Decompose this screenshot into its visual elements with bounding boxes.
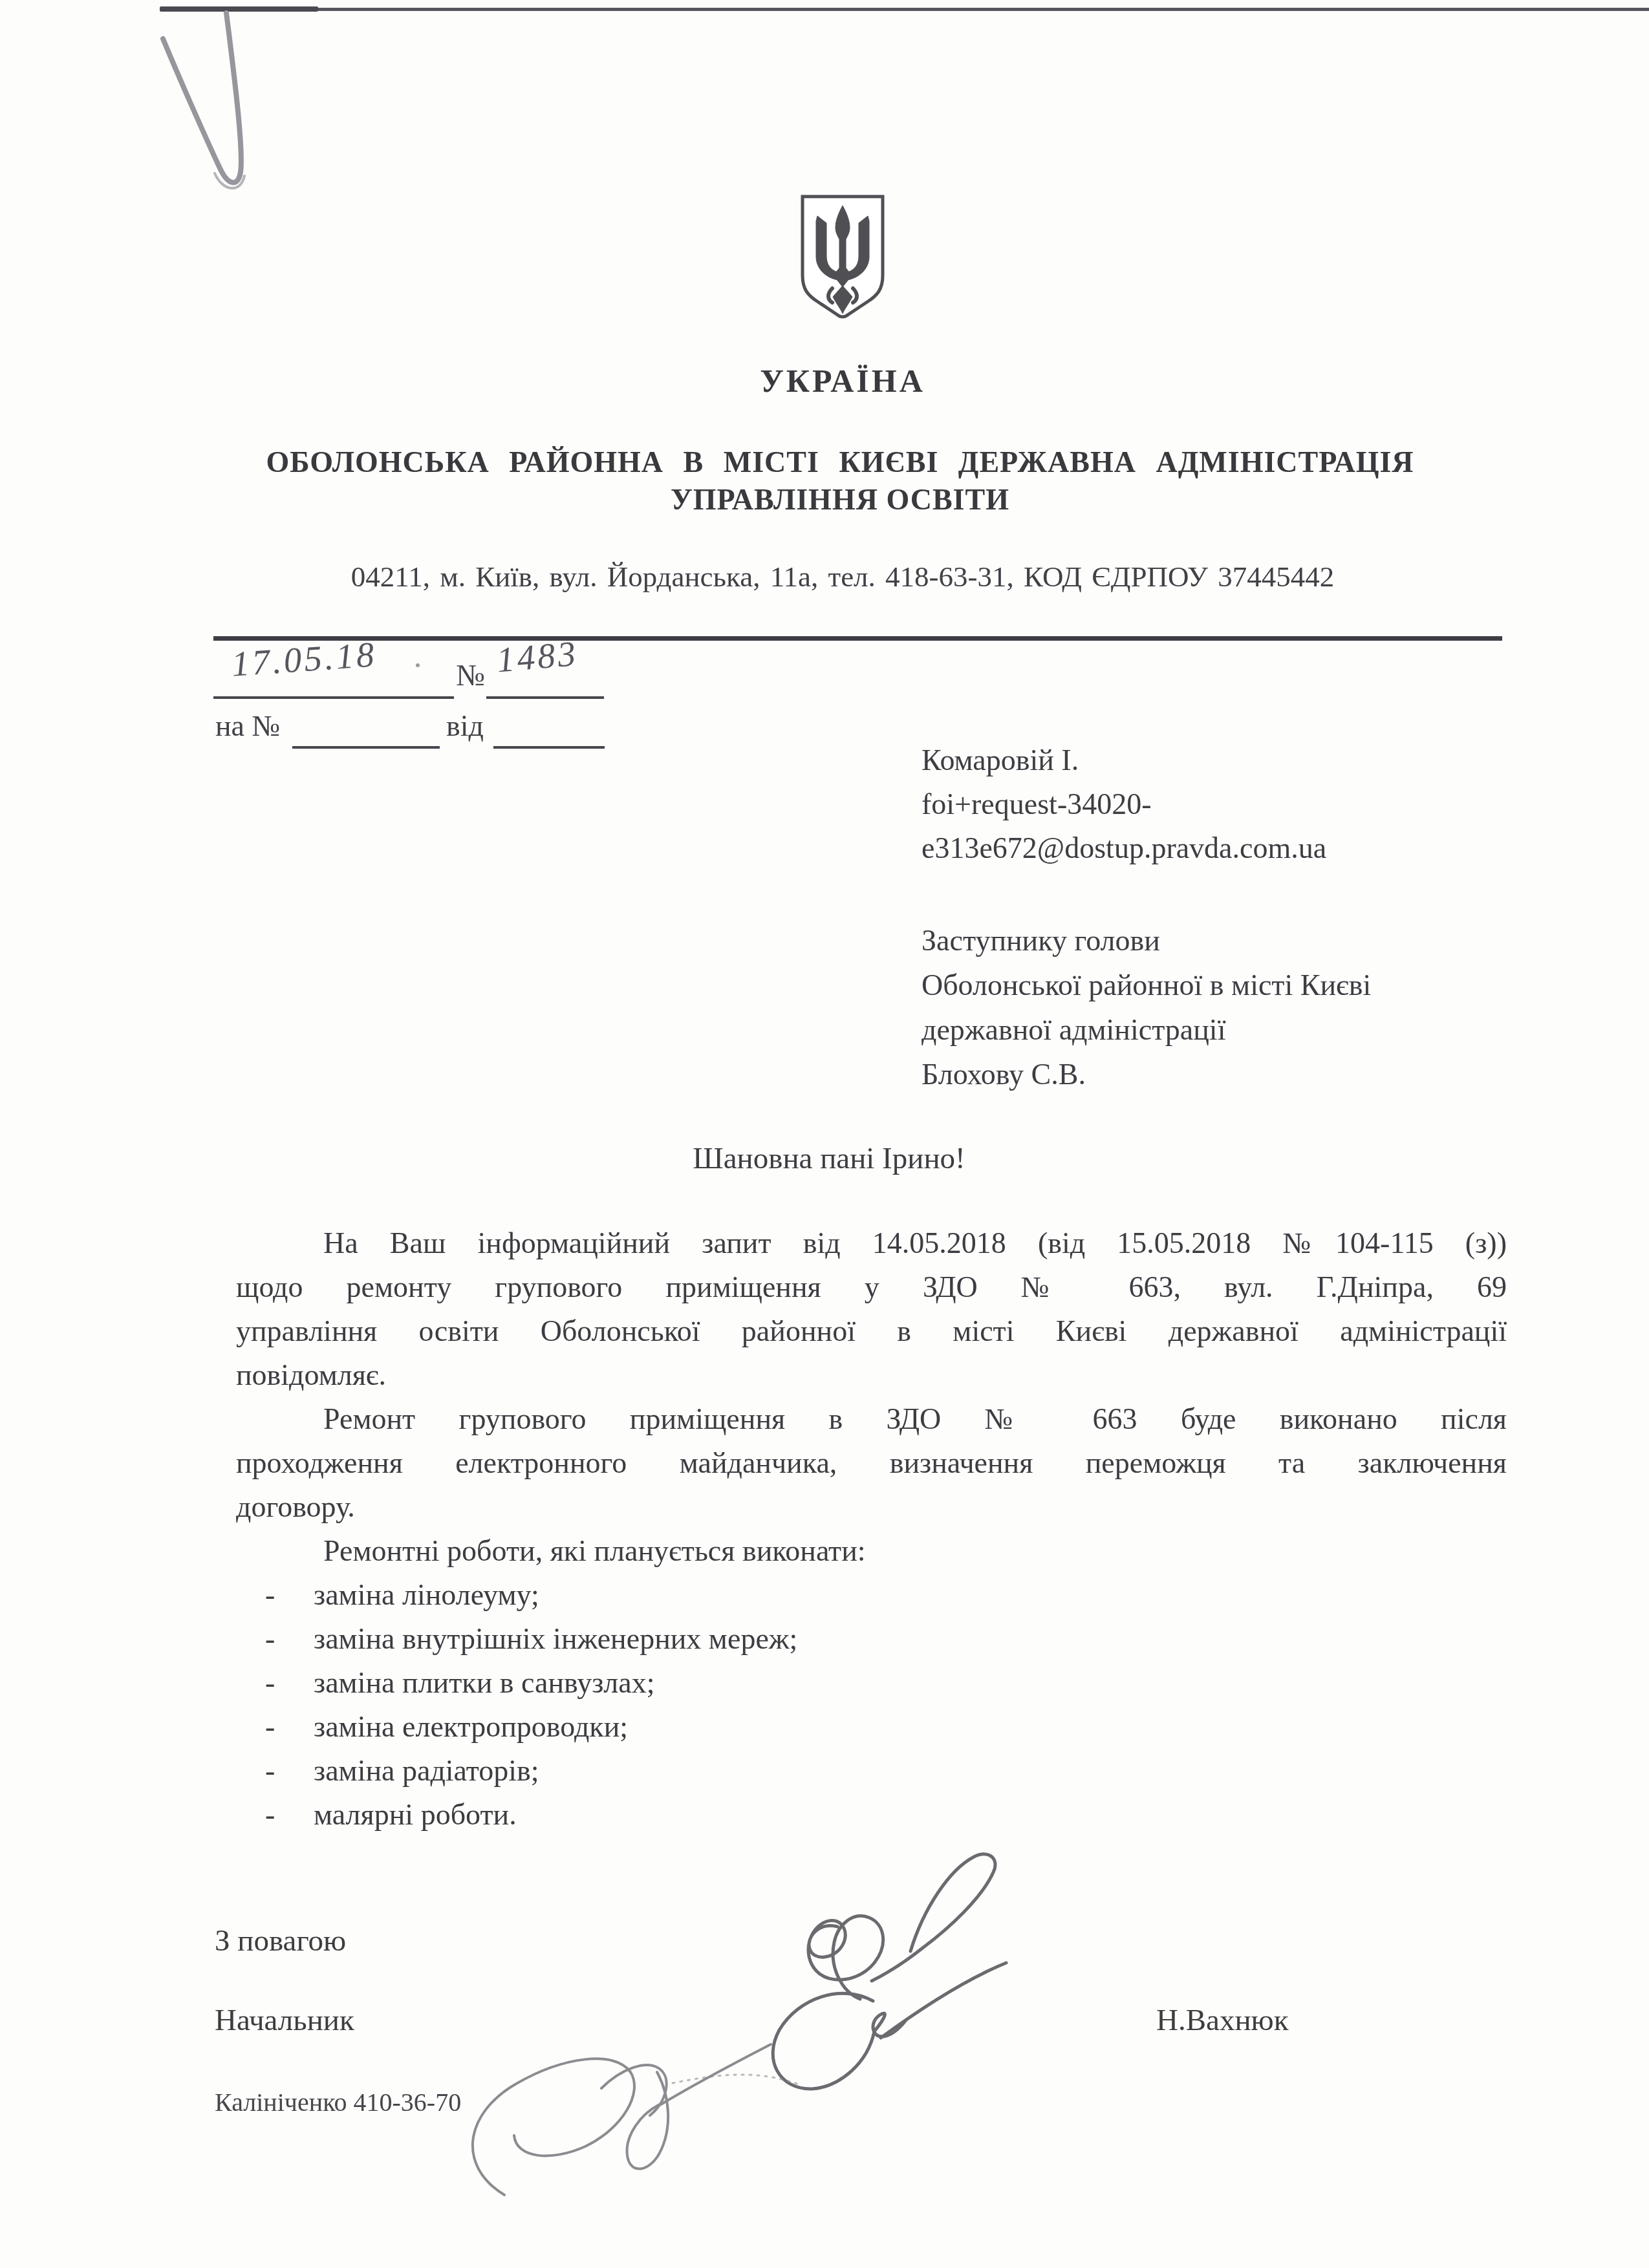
body-line: повідомляє. <box>236 1353 1507 1397</box>
works-list-item: -заміна лінолеуму; <box>236 1573 1507 1617</box>
signer-name: Н.Вахнюк <box>1156 2003 1289 2038</box>
signer-title: Начальник <box>215 2003 354 2038</box>
recipient-line: e313e672@dostup.pravda.com.ua <box>921 826 1326 870</box>
recipient-line: foi+request-34020- <box>921 782 1326 826</box>
addressee-line: Блохову С.В. <box>921 1052 1371 1097</box>
header-divider-rule <box>213 636 1502 641</box>
body-line: управління освіти Оболонської районної в… <box>236 1309 1507 1353</box>
signature-secondary <box>473 2044 802 2195</box>
closing-phrase: З повагою <box>215 1923 346 1958</box>
number-sign-label: № <box>456 658 485 693</box>
handwritten-outgoing-number: 1483 <box>495 633 579 681</box>
executor-contact-line: Калініченко 410-36-70 <box>215 2087 461 2117</box>
list-dash: - <box>265 1793 314 1837</box>
reply-number-underline <box>292 746 440 749</box>
scan-edge-line <box>160 8 1649 11</box>
paragraph-2: Ремонт групового приміщення в ЗДО № 663 … <box>236 1397 1507 1529</box>
letter-body: На Ваш інформаційний запит від 14.05.201… <box>236 1221 1507 1837</box>
reply-date-underline <box>493 746 605 749</box>
list-item-text: заміна радіаторів; <box>314 1754 539 1787</box>
paperclip-mark <box>163 13 244 188</box>
list-item-text: заміна внутрішніх інженерних мереж; <box>314 1622 797 1655</box>
country-title: УКРАЇНА <box>0 362 1649 400</box>
body-line: щодо ремонту групового приміщення у ЗДО … <box>236 1265 1507 1309</box>
reply-to-number-label: на № <box>215 709 280 743</box>
organization-name: ОБОЛОНСЬКА РАЙОННА В МІСТІ КИЄВІ ДЕРЖАВН… <box>0 444 1649 519</box>
addressee-line: Оболонської районної в місті Києві <box>921 963 1371 1007</box>
signature-main <box>773 1854 1006 2089</box>
organization-name-line2: УПРАВЛІННЯ ОСВІТИ <box>31 481 1649 519</box>
number-underline <box>486 696 604 699</box>
scan-speck <box>416 663 420 667</box>
salutation: Шановна пані Ірино! <box>0 1141 1649 1176</box>
works-list-item: -заміна електропроводки; <box>236 1705 1507 1749</box>
body-line: Ремонтні роботи, які планується виконати… <box>236 1529 1507 1573</box>
list-item-text: заміна лінолеуму; <box>314 1578 539 1611</box>
works-list-item: -заміна внутрішніх інженерних мереж; <box>236 1617 1507 1661</box>
works-intro: Ремонтні роботи, які планується виконати… <box>236 1529 1507 1573</box>
organization-name-line1: ОБОЛОНСЬКА РАЙОННА В МІСТІ КИЄВІ ДЕРЖАВН… <box>31 444 1649 481</box>
date-underline <box>213 696 454 699</box>
addressee-block: Заступнику головиОболонської районної в … <box>921 918 1371 1097</box>
list-dash: - <box>265 1661 314 1705</box>
list-dash: - <box>265 1705 314 1749</box>
handwritten-date: 17.05.18 <box>230 634 378 685</box>
list-dash: - <box>265 1749 314 1793</box>
list-item-text: заміна електропроводки; <box>314 1710 628 1743</box>
list-item-text: малярні роботи. <box>314 1798 517 1831</box>
list-item-text: заміна плитки в санвузлах; <box>314 1666 654 1699</box>
works-list-item: -малярні роботи. <box>236 1793 1507 1837</box>
scan-edge-line-dark-segment <box>160 6 318 12</box>
paragraph-1: На Ваш інформаційний запит від 14.05.201… <box>236 1221 1507 1397</box>
addressee-line: Заступнику голови <box>921 918 1371 963</box>
works-list-item: -заміна радіаторів; <box>236 1749 1507 1793</box>
recipient-line: Комаровій І. <box>921 738 1326 782</box>
recipient-block: Комаровій І.foi+request-34020-e313e672@d… <box>921 738 1326 870</box>
body-line: договору. <box>236 1485 1507 1529</box>
works-list: -заміна лінолеуму;-заміна внутрішніх інж… <box>236 1573 1507 1837</box>
contact-info-line: 04211, м. Київ, вул. Йорданська, 11а, те… <box>0 560 1649 594</box>
body-line: На Ваш інформаційний запит від 14.05.201… <box>236 1221 1507 1265</box>
scanned-letter-page: УКРАЇНА ОБОЛОНСЬКА РАЙОННА В МІСТІ КИЄВІ… <box>0 0 1649 2268</box>
body-line: проходження електронного майданчика, виз… <box>236 1441 1507 1485</box>
reply-from-date-label: від <box>446 709 484 743</box>
addressee-line: державної адміністрації <box>921 1007 1371 1052</box>
works-list-item: -заміна плитки в санвузлах; <box>236 1661 1507 1705</box>
body-line: Ремонт групового приміщення в ЗДО № 663 … <box>236 1397 1507 1441</box>
ukraine-trident-emblem <box>797 193 888 322</box>
list-dash: - <box>265 1573 314 1617</box>
list-dash: - <box>265 1617 314 1661</box>
